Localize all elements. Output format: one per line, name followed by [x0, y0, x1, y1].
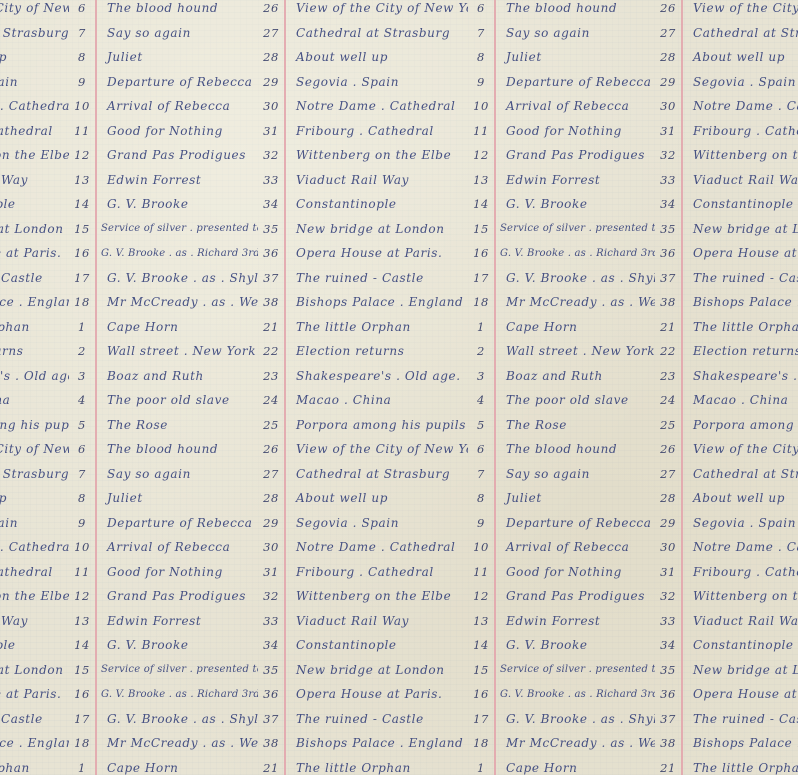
entry-title: Fribourg . Cathedral [286, 124, 468, 138]
index-entry: G. V. Brooke . as . Richard 3rd36 [496, 682, 681, 706]
index-entry: Bishops Palace . England18 [0, 290, 95, 314]
entry-title: Notre Dame . Cathedral [286, 99, 468, 113]
entry-title: Segovia . Spain [0, 75, 69, 89]
entry-title: Opera House at Paris. [0, 246, 69, 260]
entry-title: Good for Nothing [97, 565, 258, 579]
index-entry: Service of silver . presented to Brooke3… [496, 217, 681, 241]
entry-title: Grand Pas Prodigues [97, 589, 258, 603]
entry-number: 11 [468, 124, 494, 138]
entry-number: 7 [69, 467, 95, 481]
entry-number: 38 [655, 295, 681, 309]
entry-number: 16 [468, 246, 494, 260]
entry-title: Good for Nothing [496, 565, 655, 579]
entry-title: Departure of Rebecca [97, 516, 258, 530]
entry-title: Arrival of Rebecca [97, 99, 258, 113]
entry-title: About well up [0, 491, 69, 505]
index-entry: G. V. Brooke . as . Richard 3rd36 [97, 241, 284, 265]
ledger-column-right: The blood hound26Say so again27Juliet28D… [97, 0, 284, 775]
entry-title: The little Orphan [286, 320, 468, 334]
entry-title: Constantinople [0, 197, 69, 211]
index-entry: Good for Nothing31 [496, 560, 681, 584]
index-entry: G. V. Brooke . as . Shylock37 [496, 266, 681, 290]
index-entry: G. V. Brooke . as . Shylock37 [97, 707, 284, 731]
index-entry: Bishops Palace . England18 [683, 731, 798, 755]
entry-number: 12 [468, 148, 494, 162]
index-entry: Bishops Palace . England18 [286, 731, 494, 755]
entry-title: The ruined - Castle [286, 271, 468, 285]
index-entry: New bridge at London15 [286, 658, 494, 682]
index-entry: Bishops Palace . England18 [683, 290, 798, 314]
entry-title: The little Orphan [0, 761, 69, 775]
index-entry: Fribourg . Cathedral11 [286, 119, 494, 143]
entry-number: 34 [258, 197, 284, 211]
entry-title: Mr McCready . as . Werner [496, 736, 655, 750]
entry-number: 21 [655, 320, 681, 334]
entry-title: Good for Nothing [496, 124, 655, 138]
entry-title: Wittenberg on the Elbe [286, 148, 468, 162]
entry-number: 35 [258, 222, 284, 236]
entry-title: Segovia . Spain [683, 75, 798, 89]
entry-number: 14 [69, 197, 95, 211]
entry-title: G. V. Brooke . as . Shylock [496, 712, 655, 726]
index-entry: New bridge at London15 [286, 217, 494, 241]
index-entry: Arrival of Rebecca30 [97, 94, 284, 118]
entry-number: 5 [69, 418, 95, 432]
entry-number: 38 [655, 736, 681, 750]
entry-number: 17 [69, 271, 95, 285]
entry-number: 16 [69, 687, 95, 701]
index-entry: The little Orphan1 [683, 756, 798, 775]
index-entry: Grand Pas Prodigues32 [496, 584, 681, 608]
index-entry: Arrival of Rebecca30 [496, 94, 681, 118]
entry-title: Bishops Palace . England [0, 295, 69, 309]
index-entry: Election returns2 [286, 339, 494, 363]
entry-title: Segovia . Spain [286, 75, 468, 89]
entry-title: Viaduct Rail Way [0, 614, 69, 628]
index-entry: Service of silver . presented to Brooke3… [97, 658, 284, 682]
entry-number: 24 [655, 393, 681, 407]
index-entry: Bishops Palace . England18 [0, 731, 95, 755]
entry-number: 34 [655, 197, 681, 211]
entry-title: Cape Horn [496, 761, 655, 775]
entry-title: Arrival of Rebecca [97, 540, 258, 554]
index-entry: Notre Dame . Cathedral10 [0, 94, 95, 118]
index-entry: The little Orphan1 [0, 756, 95, 775]
index-entry: The blood hound26 [97, 0, 284, 20]
entry-title: About well up [286, 50, 468, 64]
index-entry: The ruined - Castle17 [683, 266, 798, 290]
entry-number: 3 [468, 369, 494, 383]
entry-title: G. V. Brooke [97, 197, 258, 211]
entry-number: 18 [468, 736, 494, 750]
entry-number: 8 [468, 491, 494, 505]
entry-number: 29 [258, 75, 284, 89]
index-entry: Segovia . Spain9 [0, 70, 95, 94]
entry-title: View of the City of New York [0, 1, 69, 15]
entry-title: Constantinople [0, 638, 69, 652]
entry-number: 32 [258, 148, 284, 162]
entry-number: 14 [468, 638, 494, 652]
entry-title: Notre Dame . Cathedral [0, 540, 69, 554]
index-entry: Grand Pas Prodigues32 [496, 143, 681, 167]
entry-number: 12 [468, 589, 494, 603]
entry-number: 26 [258, 442, 284, 456]
index-entry: Bishops Palace . England18 [286, 290, 494, 314]
index-entry: Wall street . New York22 [97, 339, 284, 363]
entry-title: View of the City of New York [683, 442, 798, 456]
entry-number: 27 [258, 467, 284, 481]
entry-title: Viaduct Rail Way [683, 614, 798, 628]
entry-number: 32 [655, 589, 681, 603]
entry-number: 1 [468, 320, 494, 334]
index-entry: The ruined - Castle17 [286, 266, 494, 290]
index-entry: Notre Dame . Cathedral10 [683, 94, 798, 118]
entry-title: Constantinople [683, 197, 798, 211]
entry-number: 29 [655, 75, 681, 89]
entry-number: 36 [258, 246, 284, 260]
index-entry: Segovia . Spain9 [0, 511, 95, 535]
entry-title: Arrival of Rebecca [496, 540, 655, 554]
entry-title: The Rose [97, 418, 258, 432]
entry-number: 27 [655, 467, 681, 481]
index-entry: Edwin Forrest33 [496, 609, 681, 633]
index-entry: Porpora among his pupils5 [286, 413, 494, 437]
entry-number: 32 [655, 148, 681, 162]
index-entry: The ruined - Castle17 [0, 707, 95, 731]
entry-number: 7 [468, 467, 494, 481]
index-entry: Mr McCready . as . Werner38 [496, 290, 681, 314]
entry-title: Macao . China [286, 393, 468, 407]
index-entry: Cape Horn21 [496, 756, 681, 775]
entry-title: Cathedral at Strasburg [683, 467, 798, 481]
index-entry: About well up8 [0, 486, 95, 510]
entry-title: The ruined - Castle [0, 271, 69, 285]
index-entry: Say so again27 [97, 21, 284, 45]
entry-title: Bishops Palace . England [0, 736, 69, 750]
entry-title: View of the City of New York [286, 1, 468, 15]
index-entry: Juliet28 [97, 45, 284, 69]
index-entry: Fribourg . Cathedral11 [683, 119, 798, 143]
entry-title: The little Orphan [683, 761, 798, 775]
entry-number: 33 [655, 173, 681, 187]
entry-number: 25 [258, 418, 284, 432]
entry-number: 13 [468, 614, 494, 628]
entry-title: About well up [683, 50, 798, 64]
entry-title: Mr McCready . as . Werner [97, 295, 258, 309]
entry-title: Viaduct Rail Way [0, 173, 69, 187]
entry-number: 3 [69, 369, 95, 383]
index-entry: Notre Dame . Cathedral10 [286, 94, 494, 118]
entry-title: New bridge at London [286, 222, 468, 236]
entry-title: Edwin Forrest [496, 614, 655, 628]
index-entry: Cape Horn21 [97, 315, 284, 339]
entry-title: Wall street . New York [97, 344, 258, 358]
entry-title: About well up [286, 491, 468, 505]
entry-title: Fribourg . Cathedral [683, 124, 798, 138]
entry-number: 9 [468, 75, 494, 89]
entry-title: Shakespeare's . Old age. [0, 369, 69, 383]
entry-title: The little Orphan [286, 761, 468, 775]
entry-title: Election returns [683, 344, 798, 358]
entry-number: 6 [69, 1, 95, 15]
index-entry: The Rose25 [97, 413, 284, 437]
entry-title: G. V. Brooke . as . Shylock [496, 271, 655, 285]
entry-number: 31 [655, 124, 681, 138]
entry-title: Boaz and Ruth [496, 369, 655, 383]
entry-title: Constantinople [286, 197, 468, 211]
entry-number: 21 [258, 320, 284, 334]
entry-number: 6 [468, 442, 494, 456]
entry-title: Fribourg . Cathedral [286, 565, 468, 579]
index-entry: G. V. Brooke34 [97, 633, 284, 657]
index-entry: View of the City of New York6 [0, 437, 95, 461]
entry-title: Service of silver . presented to Brooke [97, 664, 258, 675]
entry-number: 23 [258, 369, 284, 383]
index-entry: The poor old slave24 [496, 388, 681, 412]
entry-number: 11 [69, 565, 95, 579]
entry-number: 11 [468, 565, 494, 579]
entry-title: New bridge at London [683, 663, 798, 677]
entry-number: 8 [69, 50, 95, 64]
index-entry: Porpora among his pupils5 [0, 413, 95, 437]
entry-number: 26 [258, 1, 284, 15]
entry-number: 38 [258, 736, 284, 750]
index-entry: Wittenberg on the Elbe12 [0, 584, 95, 608]
entry-number: 6 [468, 1, 494, 15]
entry-title: Edwin Forrest [97, 614, 258, 628]
entry-title: G. V. Brooke . as . Richard 3rd [97, 689, 258, 700]
entry-title: Opera House at Paris. [683, 246, 798, 260]
index-entry: Viaduct Rail Way13 [683, 168, 798, 192]
entry-title: The Rose [496, 418, 655, 432]
entry-title: New bridge at London [0, 222, 69, 236]
index-entry: Good for Nothing31 [97, 119, 284, 143]
entry-number: 36 [655, 687, 681, 701]
index-entry: Service of silver . presented to Brooke3… [496, 658, 681, 682]
entry-number: 33 [258, 173, 284, 187]
entry-title: Departure of Rebecca [97, 75, 258, 89]
entry-number: 31 [258, 565, 284, 579]
entry-title: Departure of Rebecca [496, 516, 655, 530]
index-entry: Wittenberg on the Elbe12 [683, 143, 798, 167]
entry-number: 4 [468, 393, 494, 407]
entry-title: G. V. Brooke . as . Shylock [97, 712, 258, 726]
index-entry: Opera House at Paris.16 [683, 682, 798, 706]
index-entry: Wittenberg on the Elbe12 [286, 584, 494, 608]
index-entry: G. V. Brooke34 [496, 633, 681, 657]
entry-number: 8 [69, 491, 95, 505]
entry-number: 15 [468, 663, 494, 677]
entry-title: G. V. Brooke [496, 197, 655, 211]
index-entry: Macao . China4 [0, 388, 95, 412]
entry-title: Service of silver . presented to Brooke [496, 664, 655, 675]
entry-number: 30 [655, 540, 681, 554]
entry-number: 2 [468, 344, 494, 358]
entry-title: Bishops Palace . England [683, 295, 798, 309]
entry-title: The blood hound [496, 1, 655, 15]
entry-number: 22 [655, 344, 681, 358]
entry-title: About well up [683, 491, 798, 505]
index-entry: Mr McCready . as . Werner38 [496, 731, 681, 755]
index-entry: The little Orphan1 [683, 315, 798, 339]
index-entry: Election returns2 [0, 339, 95, 363]
entry-number: 7 [69, 26, 95, 40]
entry-number: 7 [468, 26, 494, 40]
index-entry: Departure of Rebecca29 [496, 511, 681, 535]
ledger-page: View of the City of New York6Cathedral a… [0, 0, 798, 775]
entry-title: Fribourg . Cathedral [0, 565, 69, 579]
index-entry: Constantinople14 [286, 192, 494, 216]
index-entry: Macao . China4 [683, 388, 798, 412]
entry-number: 17 [468, 271, 494, 285]
entry-title: Say so again [496, 26, 655, 40]
entry-title: Porpora among his pupils [683, 418, 798, 432]
index-entry: Opera House at Paris.16 [0, 682, 95, 706]
index-entry: Wall street . New York22 [496, 339, 681, 363]
entry-number: 37 [655, 712, 681, 726]
entry-number: 21 [258, 761, 284, 775]
entry-number: 33 [258, 614, 284, 628]
entry-title: Viaduct Rail Way [683, 173, 798, 187]
index-entry: Macao . China4 [286, 388, 494, 412]
entry-title: Segovia . Spain [683, 516, 798, 530]
entry-number: 14 [468, 197, 494, 211]
index-entry: Segovia . Spain9 [683, 511, 798, 535]
ledger-column-left: View of the City of New York6Cathedral a… [0, 0, 95, 775]
entry-title: Mr McCready . as . Werner [496, 295, 655, 309]
entry-number: 34 [655, 638, 681, 652]
entry-title: New bridge at London [683, 222, 798, 236]
entry-number: 30 [258, 99, 284, 113]
index-entry: G. V. Brooke . as . Richard 3rd36 [496, 241, 681, 265]
entry-number: 38 [258, 295, 284, 309]
entry-number: 36 [655, 246, 681, 260]
entry-number: 1 [69, 320, 95, 334]
entry-number: 10 [468, 99, 494, 113]
entry-title: View of the City of New York [0, 442, 69, 456]
entry-number: 34 [258, 638, 284, 652]
entry-title: Grand Pas Prodigues [496, 589, 655, 603]
entry-number: 28 [655, 50, 681, 64]
index-entry: Viaduct Rail Way13 [683, 609, 798, 633]
entry-number: 11 [69, 124, 95, 138]
entry-title: View of the City of New York [683, 1, 798, 15]
entry-number: 13 [69, 173, 95, 187]
entry-number: 31 [655, 565, 681, 579]
entry-title: Opera House at Paris. [286, 687, 468, 701]
index-entry: Viaduct Rail Way13 [0, 609, 95, 633]
index-entry: Departure of Rebecca29 [97, 70, 284, 94]
entry-title: Viaduct Rail Way [286, 173, 468, 187]
entry-number: 17 [468, 712, 494, 726]
index-entry: Cathedral at Strasburg7 [0, 21, 95, 45]
index-entry: Mr McCready . as . Werner38 [97, 731, 284, 755]
entry-title: The ruined - Castle [683, 712, 798, 726]
index-entry: Election returns2 [683, 339, 798, 363]
entry-title: Grand Pas Prodigues [97, 148, 258, 162]
index-entry: Juliet28 [496, 486, 681, 510]
index-entry: Edwin Forrest33 [496, 168, 681, 192]
index-entry: G. V. Brooke34 [97, 192, 284, 216]
entry-title: About well up [0, 50, 69, 64]
index-entry: The little Orphan1 [286, 315, 494, 339]
index-entry: Edwin Forrest33 [97, 168, 284, 192]
entry-title: The poor old slave [496, 393, 655, 407]
entry-title: Election returns [286, 344, 468, 358]
index-entry: Constantinople14 [683, 192, 798, 216]
entry-number: 35 [258, 663, 284, 677]
entry-title: Juliet [496, 491, 655, 505]
index-entry: Arrival of Rebecca30 [97, 535, 284, 559]
index-entry: Viaduct Rail Way13 [286, 609, 494, 633]
entry-title: Bishops Palace . England [683, 736, 798, 750]
entry-title: G. V. Brooke . as . Richard 3rd [496, 689, 655, 700]
index-entry: View of the City of New York6 [286, 437, 494, 461]
index-entry: Cape Horn21 [496, 315, 681, 339]
entry-title: Cathedral at Strasburg [286, 26, 468, 40]
entry-number: 30 [258, 540, 284, 554]
index-entry: View of the City of New York6 [0, 0, 95, 20]
index-entry: Departure of Rebecca29 [97, 511, 284, 535]
index-entry: The ruined - Castle17 [0, 266, 95, 290]
entry-title: Arrival of Rebecca [496, 99, 655, 113]
index-entry: Cathedral at Strasburg7 [683, 21, 798, 45]
entry-number: 15 [468, 222, 494, 236]
entry-title: Say so again [97, 26, 258, 40]
index-entry: Opera House at Paris.16 [286, 682, 494, 706]
entry-number: 22 [258, 344, 284, 358]
entry-title: Macao . China [0, 393, 69, 407]
index-entry: Constantinople14 [683, 633, 798, 657]
index-entry: Constantinople14 [286, 633, 494, 657]
entry-title: Juliet [496, 50, 655, 64]
ledger-column-left: View of the City of New York6Cathedral a… [683, 0, 798, 775]
index-entry: Cathedral at Strasburg7 [286, 462, 494, 486]
entry-number: 17 [69, 712, 95, 726]
index-entry: Cape Horn21 [97, 756, 284, 775]
index-entry: Opera House at Paris.16 [286, 241, 494, 265]
index-entry: Say so again27 [97, 462, 284, 486]
entry-number: 2 [69, 344, 95, 358]
entry-title: G. V. Brooke [97, 638, 258, 652]
index-entry: The blood hound26 [496, 437, 681, 461]
index-entry: Fribourg . Cathedral11 [0, 560, 95, 584]
entry-number: 5 [468, 418, 494, 432]
entry-title: G. V. Brooke . as . Richard 3rd [97, 248, 258, 259]
entry-number: 29 [258, 516, 284, 530]
entry-title: Segovia . Spain [0, 516, 69, 530]
index-entry: Porpora among his pupils5 [683, 413, 798, 437]
entry-number: 26 [655, 442, 681, 456]
index-entry: About well up8 [683, 45, 798, 69]
entry-title: G. V. Brooke . as . Richard 3rd [496, 248, 655, 259]
entry-title: Constantinople [286, 638, 468, 652]
index-entry: Opera House at Paris.16 [683, 241, 798, 265]
entry-title: Cathedral at Strasburg [683, 26, 798, 40]
entry-title: Cathedral at Strasburg [0, 467, 69, 481]
entry-title: Cathedral at Strasburg [286, 467, 468, 481]
entry-title: Wittenberg on the Elbe [0, 148, 69, 162]
entry-number: 30 [655, 99, 681, 113]
entry-title: The ruined - Castle [286, 712, 468, 726]
entry-number: 35 [655, 222, 681, 236]
index-entry: Wittenberg on the Elbe12 [683, 584, 798, 608]
entry-number: 1 [69, 761, 95, 775]
entry-number: 33 [655, 614, 681, 628]
index-entry: Juliet28 [97, 486, 284, 510]
entry-title: The ruined - Castle [683, 271, 798, 285]
index-entry: Segovia . Spain9 [683, 70, 798, 94]
